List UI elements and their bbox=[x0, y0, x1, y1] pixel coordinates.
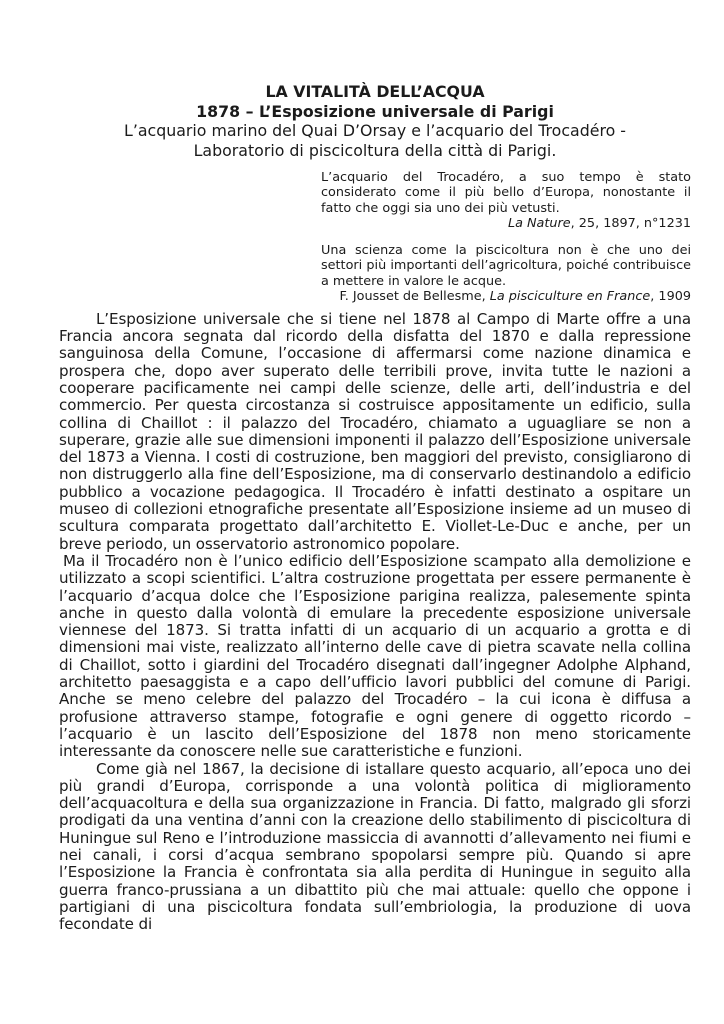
body-text: L’Esposizione universale che si tiene ne… bbox=[59, 311, 691, 934]
epigraph-2-text: Una scienza come la piscicoltura non è c… bbox=[321, 243, 691, 290]
epigraph-2-source: F. Jousset de Bellesme, La pisciculture … bbox=[321, 289, 691, 305]
epigraph-2-source-detail: , 1909 bbox=[650, 289, 691, 304]
epigraph-block: L’acquario del Trocadéro, a suo tempo è … bbox=[321, 170, 691, 305]
body-paragraph-2: Ma il Trocadéro non è l’unico edificio d… bbox=[59, 553, 691, 761]
epigraph-1-source: La Nature, 25, 1897, n°1231 bbox=[321, 216, 691, 232]
epigraph-1-source-title: La Nature bbox=[508, 216, 571, 231]
epigraph-quote-1: L’acquario del Trocadéro, a suo tempo è … bbox=[321, 170, 691, 232]
epigraph-2-source-author: F. Jousset de Bellesme, bbox=[339, 289, 489, 304]
document-page: LA VITALITÀ DELL’ACQUA 1878 – L’Esposizi… bbox=[0, 0, 724, 1024]
epigraph-1-text: L’acquario del Trocadéro, a suo tempo è … bbox=[321, 170, 691, 217]
epigraph-2-source-title: La pisciculture en France bbox=[490, 289, 651, 304]
body-paragraph-1: L’Esposizione universale che si tiene ne… bbox=[59, 311, 691, 553]
document-subtitle-line2: Laboratorio di piscicoltura della città … bbox=[59, 141, 691, 161]
epigraph-quote-2: Una scienza come la piscicoltura non è c… bbox=[321, 243, 691, 305]
epigraph-1-source-detail: , 25, 1897, n°1231 bbox=[571, 216, 691, 231]
document-header: LA VITALITÀ DELL’ACQUA 1878 – L’Esposizi… bbox=[59, 82, 691, 161]
document-title-line1: LA VITALITÀ DELL’ACQUA bbox=[59, 82, 691, 102]
document-subtitle-line1: L’acquario marino del Quai D’Orsay e l’a… bbox=[59, 121, 691, 141]
document-content: LA VITALITÀ DELL’ACQUA 1878 – L’Esposizi… bbox=[59, 82, 691, 934]
body-paragraph-3: Come già nel 1867, la decisione di istal… bbox=[59, 761, 691, 934]
document-title-line2: 1878 – L’Esposizione universale di Parig… bbox=[59, 102, 691, 122]
